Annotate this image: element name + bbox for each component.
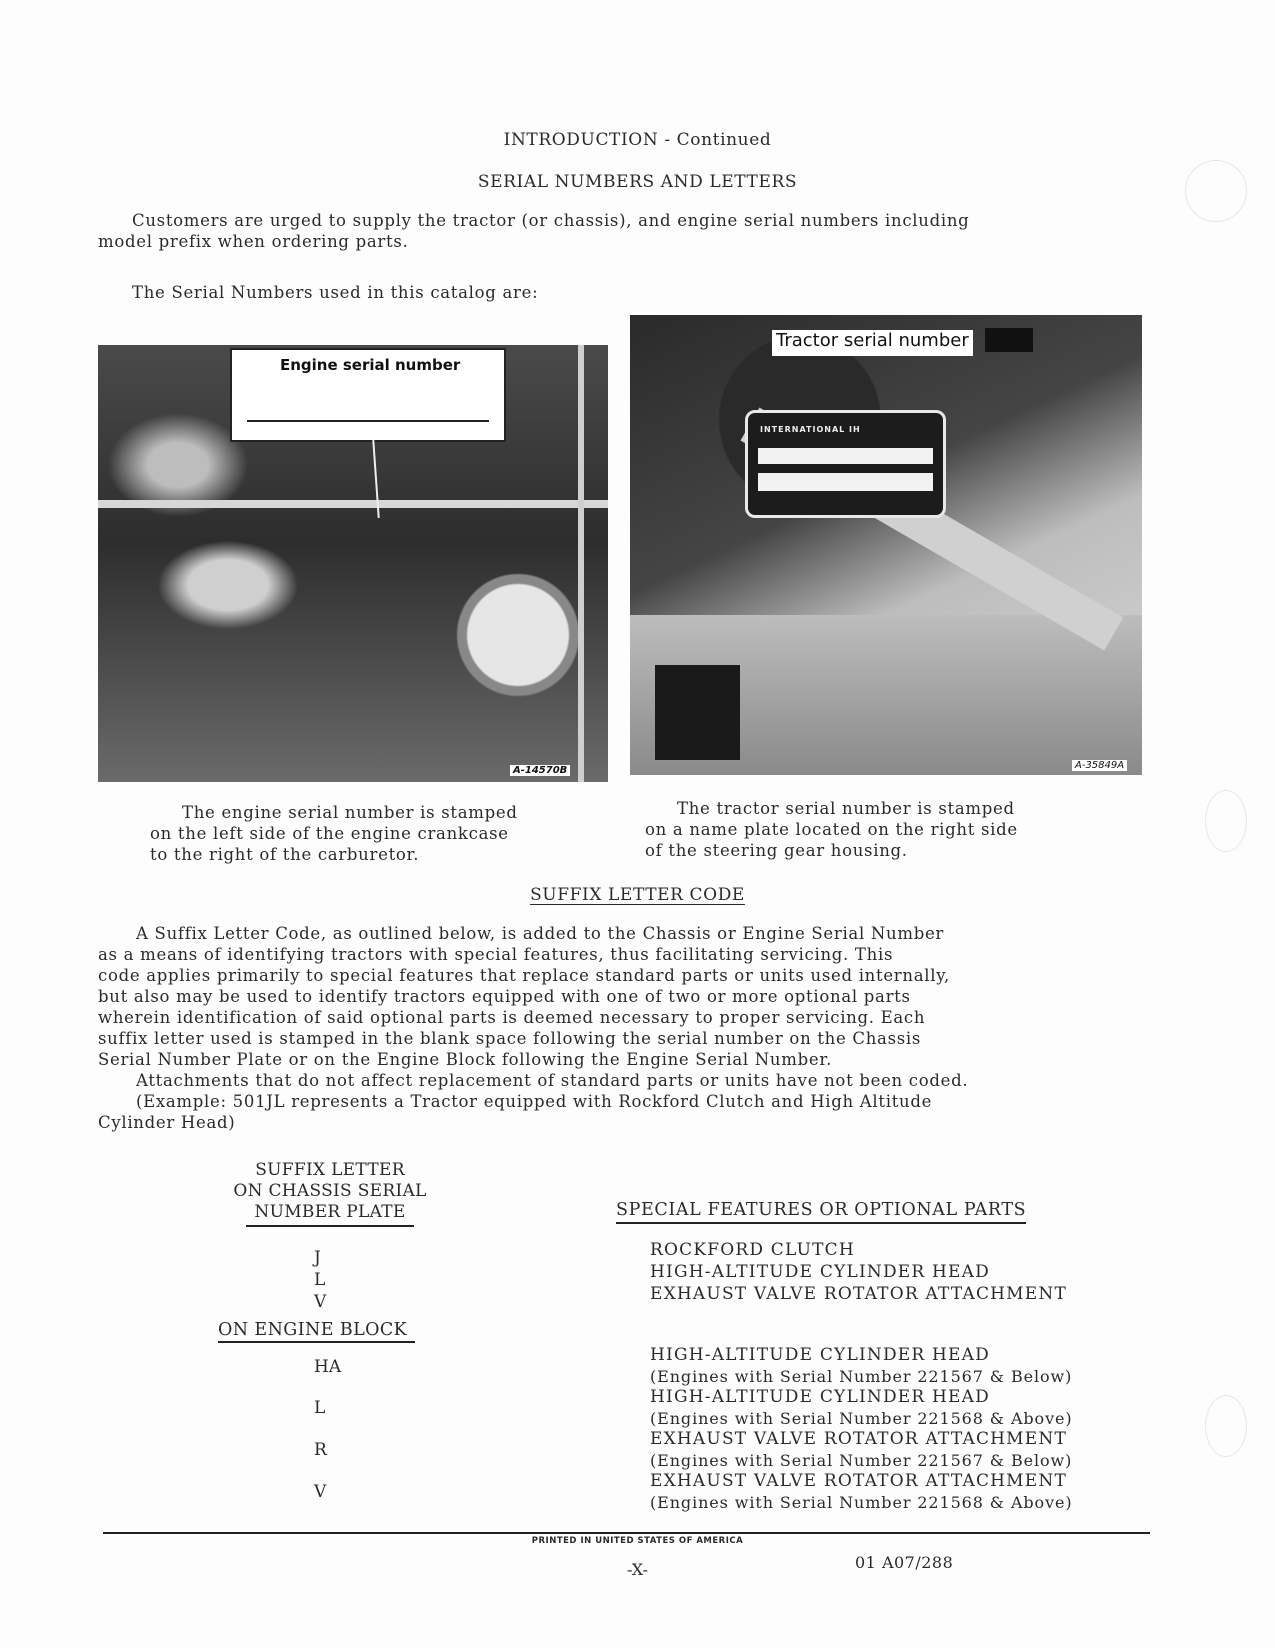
photo-detail <box>985 328 1033 352</box>
printed-notice: PRINTED IN UNITED STATES OF AMERICA <box>0 1536 1275 1546</box>
note-line: Cylinder Head) <box>98 1112 1098 1133</box>
header-line: ON CHASSIS SERIAL <box>210 1181 450 1202</box>
paragraph-line: wherein identification of said optional … <box>98 1007 1098 1028</box>
document-number: 01 A07/288 <box>855 1553 953 1572</box>
plate-model-row <box>758 448 933 464</box>
engine-callout-box: Engine serial number <box>230 348 506 442</box>
suffix-letter: R <box>314 1440 327 1460</box>
suffix-section-title: SUFFIX LETTER CODE <box>0 885 1275 905</box>
suffix-letter: J <box>314 1248 321 1268</box>
caption-line: of the steering gear housing. <box>645 840 1105 861</box>
subsection-title: SERIAL NUMBERS AND LETTERS <box>0 172 1275 192</box>
scan-artifact <box>1205 790 1247 852</box>
caption-line: The tractor serial number is stamped <box>645 798 1105 819</box>
figure-id: A-35849A <box>1072 760 1127 771</box>
header-line: SUFFIX LETTER <box>210 1160 450 1181</box>
suffix-letter: L <box>314 1270 325 1290</box>
plate-serial-row <box>758 473 933 491</box>
engine-feature: EXHAUST VALVE ROTATOR ATTACHMENT (Engine… <box>650 1429 1072 1471</box>
header-line: NUMBER PLATE <box>246 1202 413 1227</box>
photo-detail <box>578 345 584 782</box>
caption-line: The engine serial number is stamped <box>150 802 610 823</box>
caption-line: on a name plate located on the right sid… <box>645 819 1105 840</box>
engine-block-header: ON ENGINE BLOCK <box>218 1320 415 1343</box>
feature-name: ROCKFORD CLUTCH <box>650 1240 855 1261</box>
engine-feature: HIGH-ALTITUDE CYLINDER HEAD (Engines wit… <box>650 1345 1072 1387</box>
footer-divider <box>103 1532 1150 1534</box>
paragraph-line: code applies primarily to special featur… <box>98 965 1098 986</box>
serial-intro: The Serial Numbers used in this catalog … <box>132 282 538 303</box>
paragraph-line: A Suffix Letter Code, as outlined below,… <box>98 923 1098 944</box>
suffix-letter: HA <box>314 1357 341 1377</box>
suffix-title-text: SUFFIX LETTER CODE <box>530 885 745 905</box>
suffix-letter: V <box>314 1292 326 1312</box>
suffix-letter: V <box>314 1482 326 1502</box>
tractor-caption: The tractor serial number is stamped on … <box>645 798 1105 861</box>
feature-name: EXHAUST VALVE ROTATOR ATTACHMENT <box>650 1429 1072 1450</box>
caption-line: on the left side of the engine crankcase <box>150 823 610 844</box>
feature-note: (Engines with Serial Number 221568 & Abo… <box>650 1408 1073 1429</box>
left-column-header: SUFFIX LETTER ON CHASSIS SERIAL NUMBER P… <box>210 1160 450 1227</box>
feature-name: EXHAUST VALVE ROTATOR ATTACHMENT <box>650 1471 1073 1492</box>
engine-feature: EXHAUST VALVE ROTATOR ATTACHMENT (Engine… <box>650 1471 1073 1513</box>
engine-feature: HIGH-ALTITUDE CYLINDER HEAD (Engines wit… <box>650 1387 1073 1429</box>
engine-caption: The engine serial number is stamped on t… <box>150 802 610 865</box>
paragraph-line: but also may be used to identify tractor… <box>98 986 1098 1007</box>
right-column-header: SPECIAL FEATURES OR OPTIONAL PARTS <box>616 1200 1026 1224</box>
feature-name: HIGH-ALTITUDE CYLINDER HEAD <box>650 1262 990 1283</box>
intro-line: Customers are urged to supply the tracto… <box>98 210 1138 231</box>
photo-detail <box>98 500 608 508</box>
scan-artifact <box>1205 1395 1247 1457</box>
intro-line: model prefix when ordering parts. <box>98 231 1138 252</box>
feature-note: (Engines with Serial Number 221567 & Bel… <box>650 1450 1072 1471</box>
paragraph-line: Serial Number Plate or on the Engine Blo… <box>98 1049 1098 1070</box>
section-title: INTRODUCTION - Continued <box>0 130 1275 150</box>
name-plate: INTERNATIONAL IH <box>745 410 946 518</box>
feature-name: HIGH-ALTITUDE CYLINDER HEAD <box>650 1387 1073 1408</box>
tractor-callout-box: Tractor serial number <box>772 330 973 356</box>
caption-line: to the right of the carburetor. <box>150 844 610 865</box>
paragraph-line: as a means of identifying tractors with … <box>98 944 1098 965</box>
note-line: (Example: 501JL represents a Tractor equ… <box>98 1091 1098 1112</box>
tractor-photo: INTERNATIONAL IH <box>630 315 1142 775</box>
tractor-callout-label: Tractor serial number <box>776 330 969 351</box>
suffix-paragraph: A Suffix Letter Code, as outlined below,… <box>98 923 1098 1133</box>
feature-note: (Engines with Serial Number 221568 & Abo… <box>650 1492 1073 1513</box>
feature-note: (Engines with Serial Number 221567 & Bel… <box>650 1366 1072 1387</box>
plate-brand: INTERNATIONAL IH <box>760 425 861 434</box>
feature-name: EXHAUST VALVE ROTATOR ATTACHMENT <box>650 1284 1067 1305</box>
intro-paragraph: Customers are urged to supply the tracto… <box>98 210 1138 252</box>
page-number: -X- <box>0 1560 1275 1579</box>
paragraph-line: suffix letter used is stamped in the bla… <box>98 1028 1098 1049</box>
suffix-letter: L <box>314 1398 325 1418</box>
engine-callout-label: Engine serial number <box>280 356 460 374</box>
figure-id: A-14570B <box>510 765 570 776</box>
feature-name: HIGH-ALTITUDE CYLINDER HEAD <box>650 1345 1072 1366</box>
callout-blank-line <box>247 420 489 422</box>
note-line: Attachments that do not affect replaceme… <box>98 1070 1098 1091</box>
photo-detail <box>655 665 740 760</box>
